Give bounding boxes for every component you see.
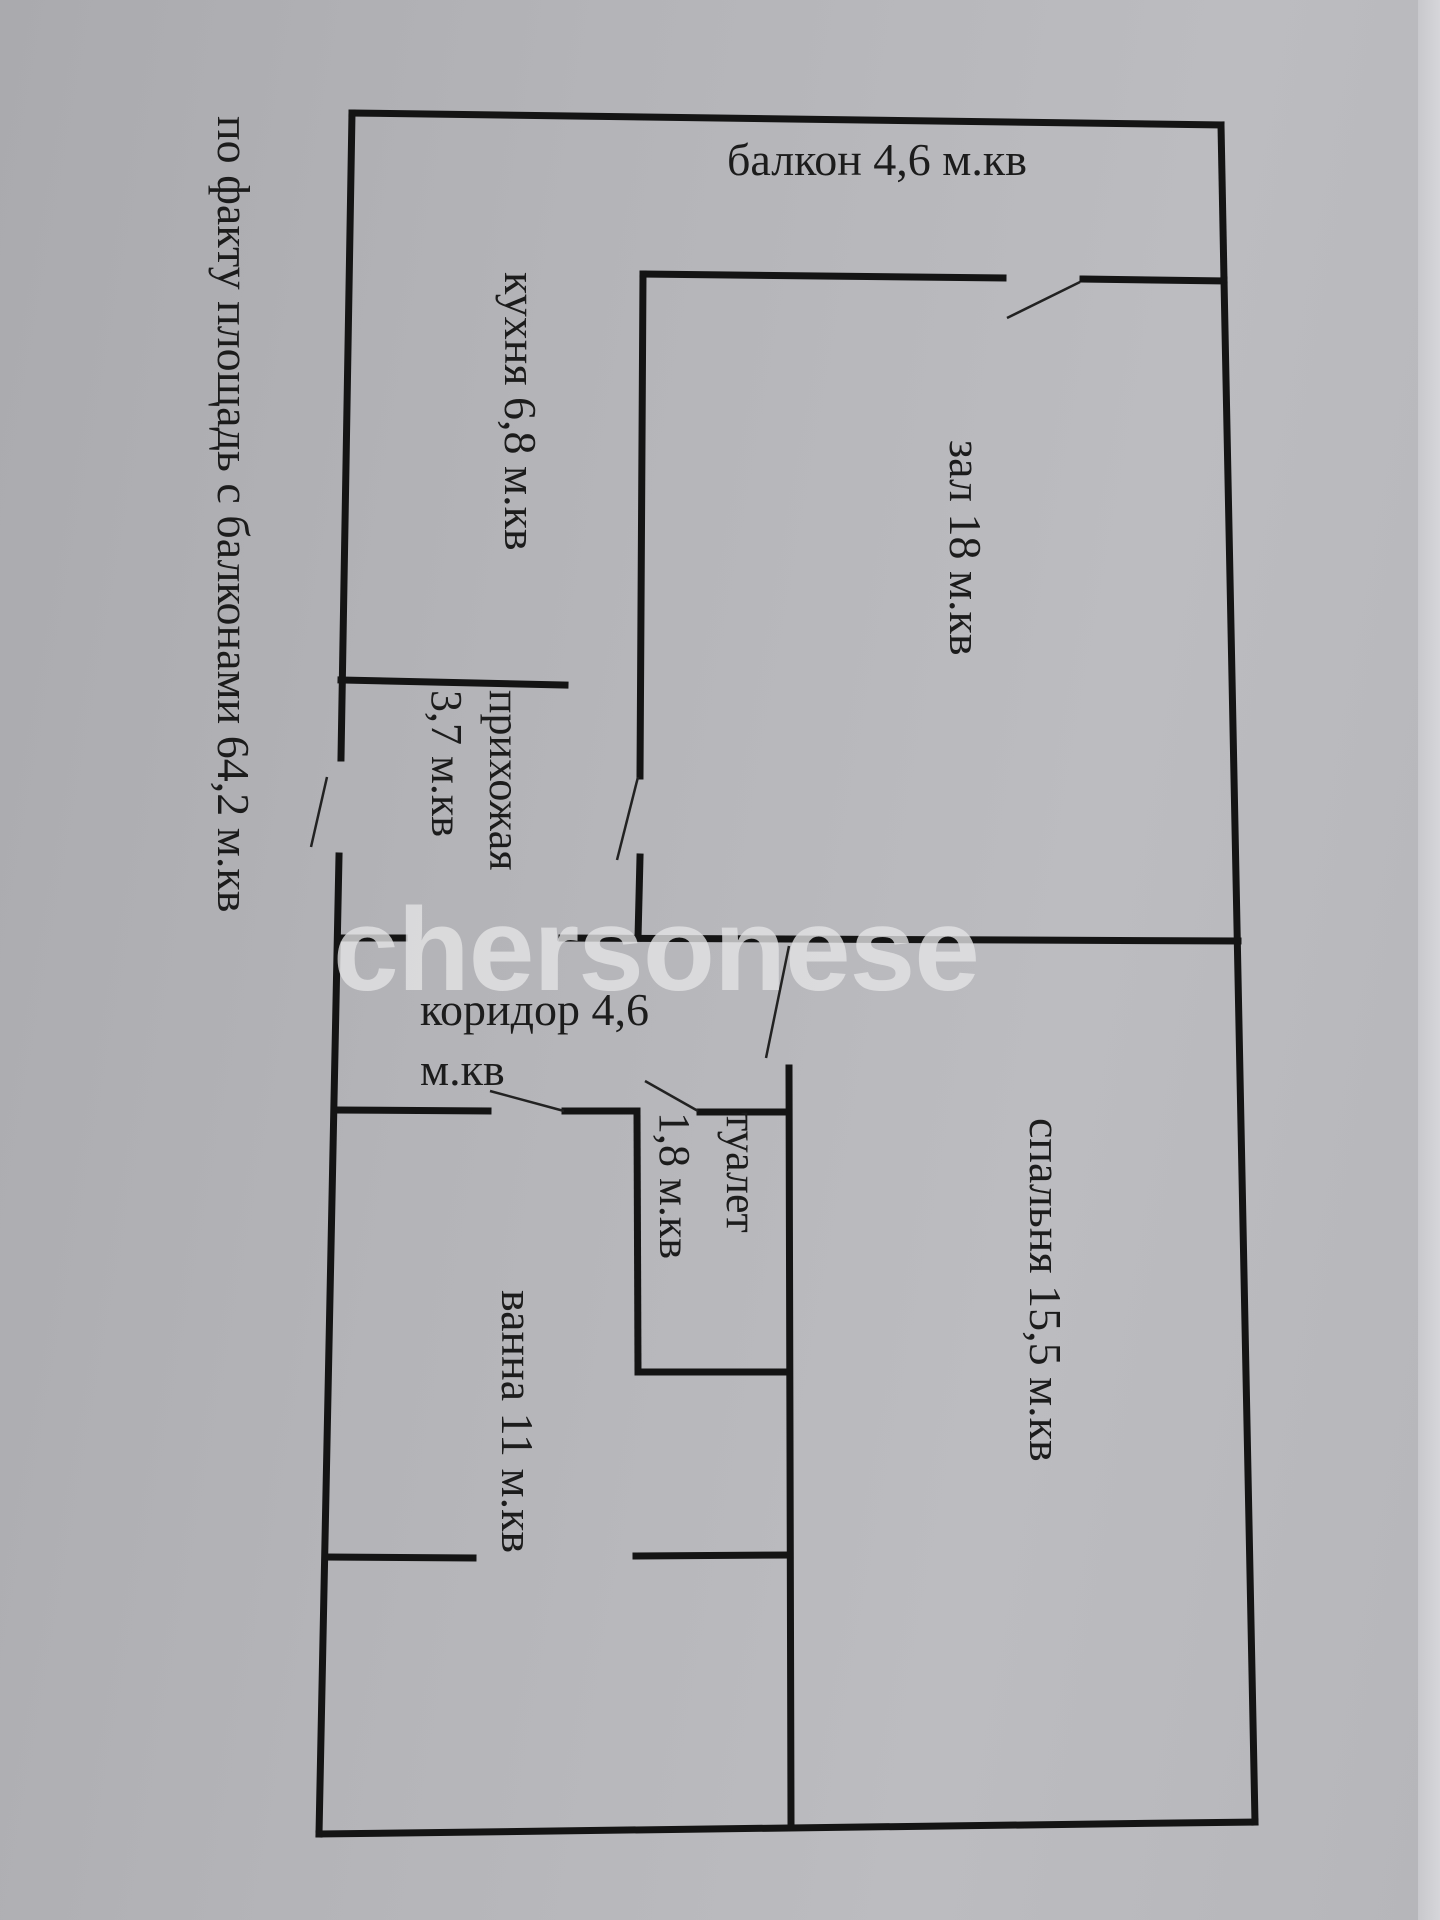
wall-bath-top-left (336, 1110, 488, 1111)
label-bedroom: спальня 15,5 м.кв (1020, 1118, 1071, 1462)
door-hall (617, 777, 638, 860)
wall-toilet-left (637, 1111, 638, 1372)
floor-plan-photo: балкон 4,6 м.кв кухня 6,8 м.кв зал 18 м.… (0, 0, 1440, 1920)
label-entry-area: 3,7 м.кв (422, 690, 471, 837)
wall-bedroom-left (789, 1068, 791, 1822)
wall-hall-left-upper (640, 274, 643, 776)
wall-bath-partition-left (326, 1557, 473, 1558)
label-bath: ванна 11 м.кв (492, 1290, 543, 1553)
wall-kitchen-bottom (341, 680, 565, 685)
wall-top (352, 113, 1221, 125)
label-hall: зал 18 м.кв (940, 440, 991, 656)
wall-left-upper (341, 113, 352, 758)
wall-balcony-right (1221, 125, 1224, 280)
label-kitchen: кухня 6,8 м.кв (495, 272, 546, 551)
wall-hall-top-left (643, 274, 1003, 278)
wall-right (1224, 280, 1255, 1822)
label-toilet-area: 1,8 м.кв (650, 1112, 699, 1259)
wall-bottom (319, 1822, 1255, 1834)
label-entry-name: прихожая (480, 690, 529, 871)
label-balcony: балкон 4,6 м.кв (727, 134, 1027, 185)
door-toilet (645, 1081, 698, 1111)
wall-bath-partition-right (636, 1555, 790, 1556)
wall-hall-top-right (1083, 279, 1224, 281)
label-toilet-name: туалет (717, 1112, 766, 1233)
door-entrance (311, 777, 327, 847)
label-corridor-line2: м.кв (420, 1044, 505, 1095)
door-balcony (1007, 282, 1080, 318)
watermark: chersonese (333, 884, 979, 1016)
label-total-area: по факту площадь с балконами 64,2 м.кв (208, 116, 259, 912)
floor-plan: балкон 4,6 м.кв кухня 6,8 м.кв зал 18 м.… (0, 0, 1440, 1920)
